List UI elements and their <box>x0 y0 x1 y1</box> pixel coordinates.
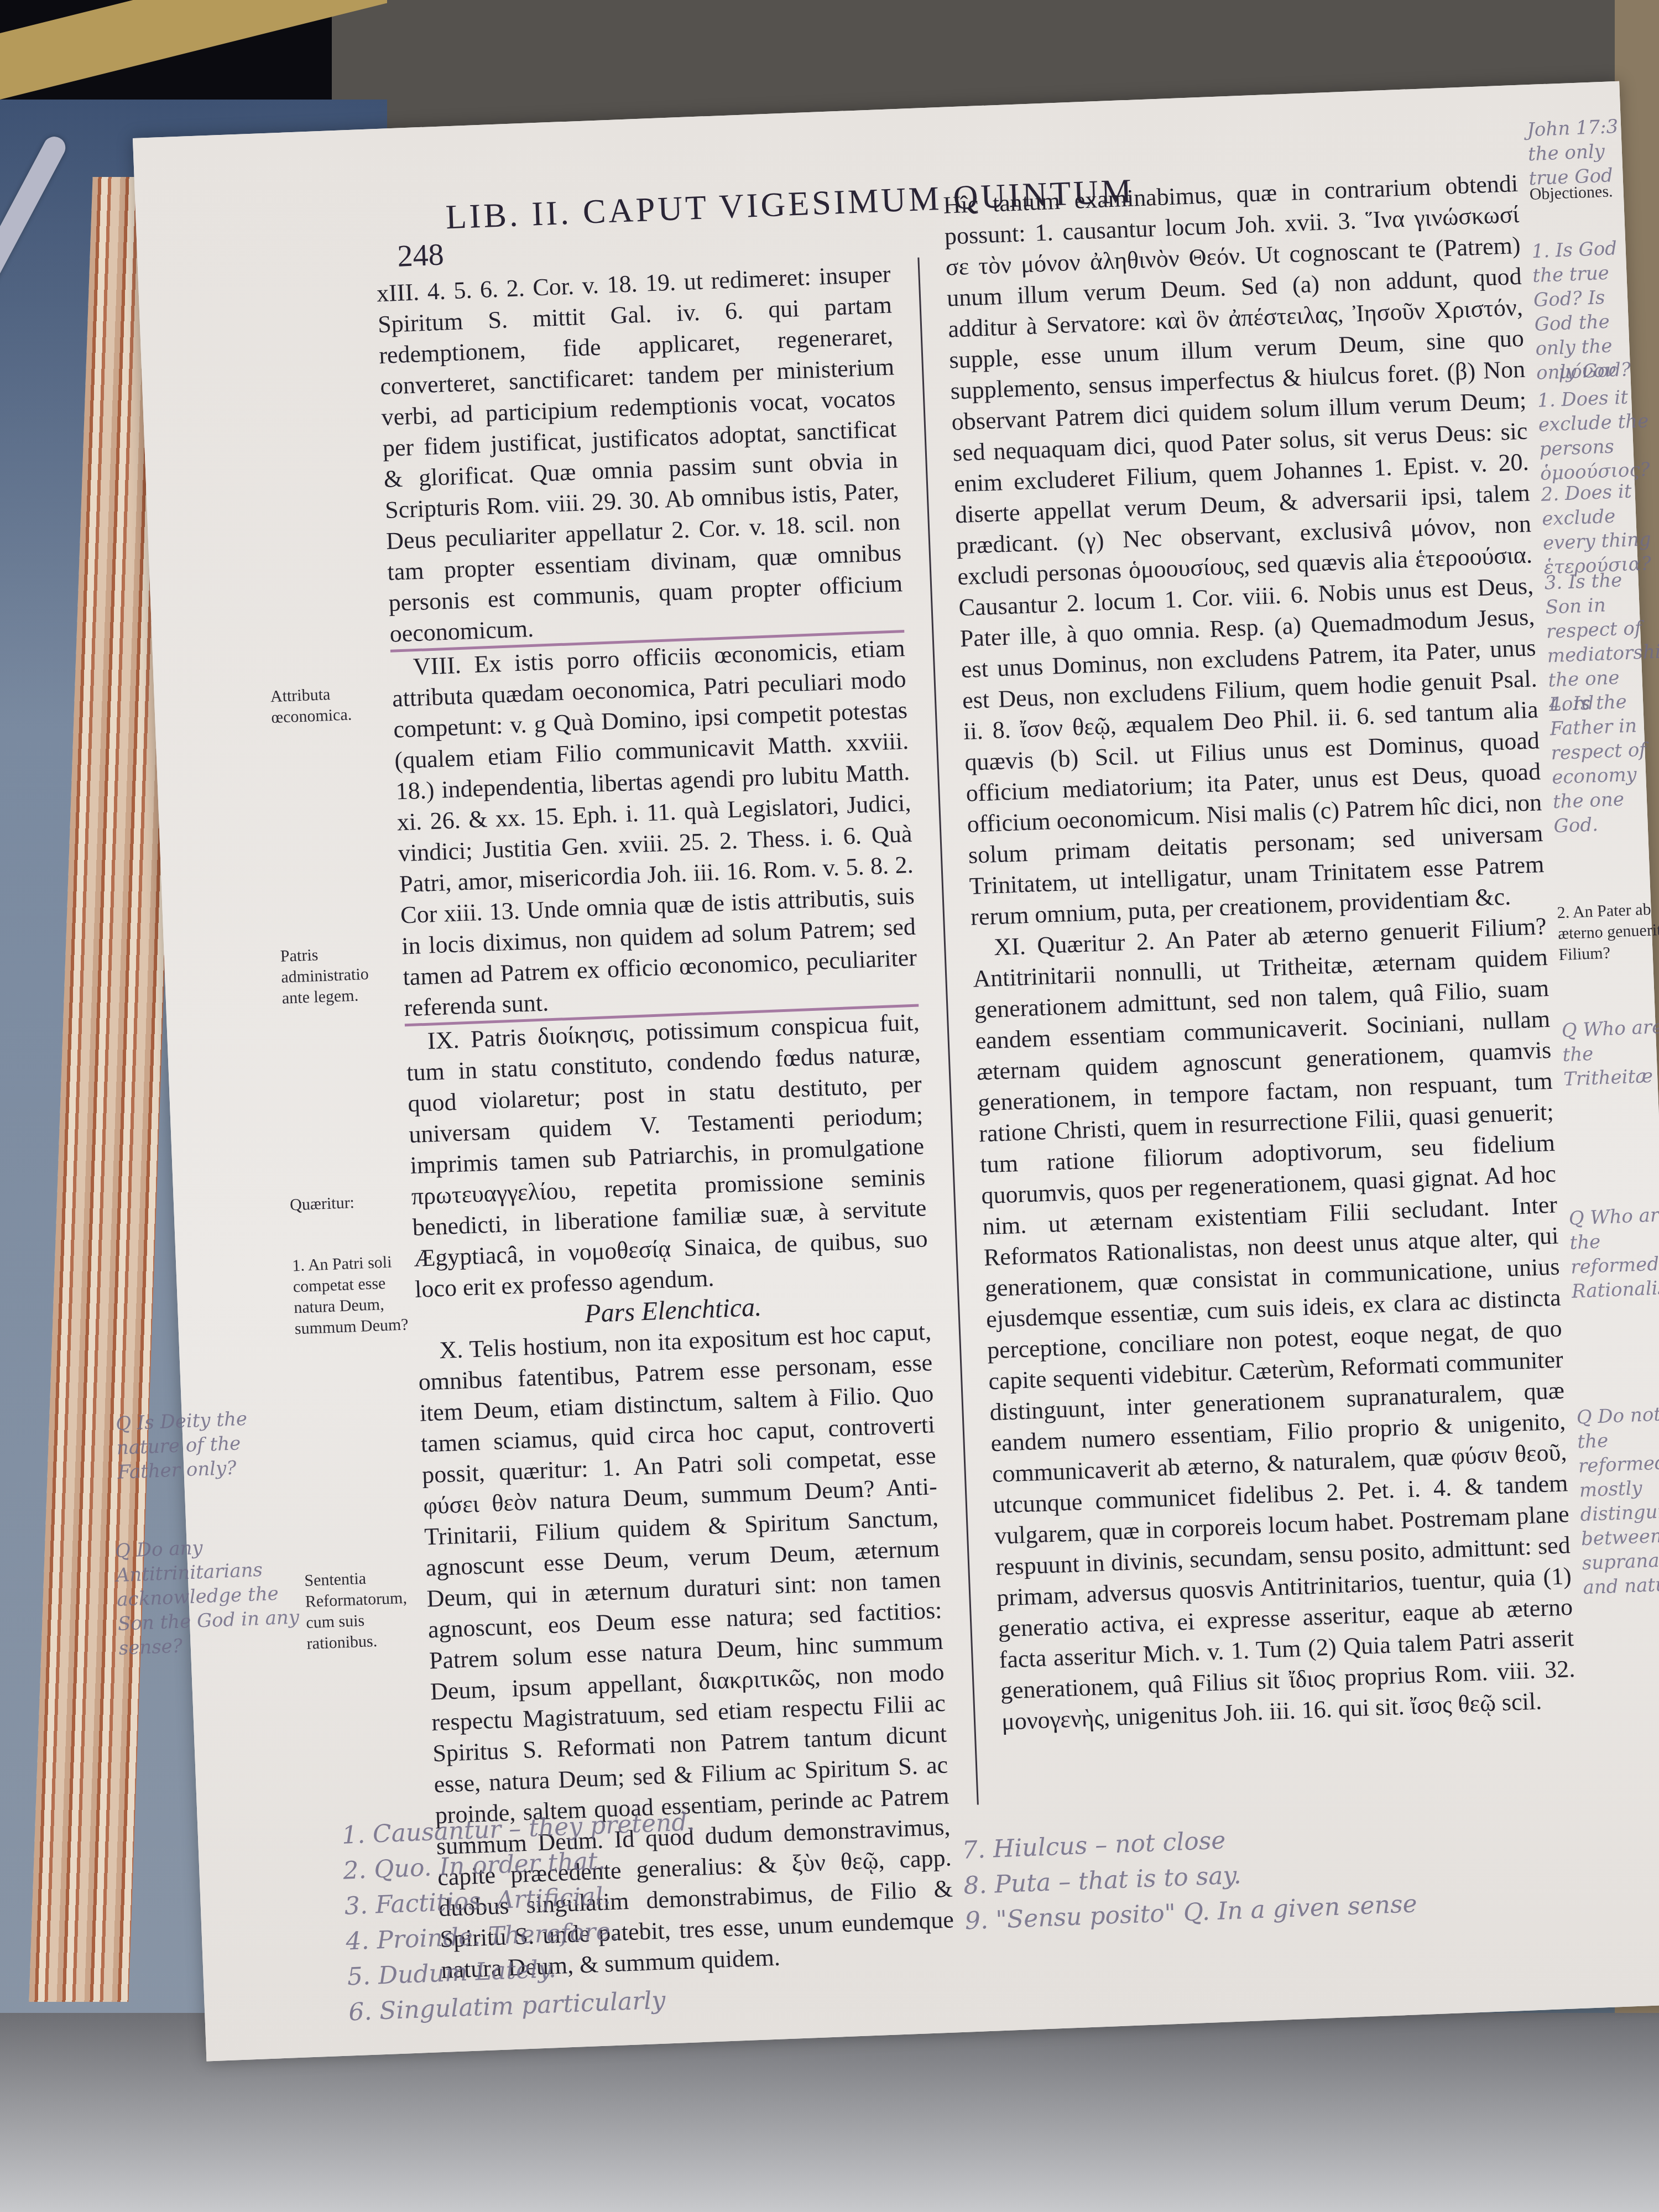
sidenote-quaeritur: Quæritur: <box>290 1190 406 1215</box>
sidenote-question-1: 1. An Patri soli competat esse natura De… <box>292 1251 411 1339</box>
paragraph-objections: Hîc tantum examinabimus, quæ in contrari… <box>943 168 1546 933</box>
handwritten-tritheitae-question: Q Who are the Tritheitæ <box>1561 1014 1659 1092</box>
handwritten-monon: μόνον <box>1558 357 1647 384</box>
paragraph-intro: xIII. 4. 5. 6. 2. Cor. v. 18. 19. ut red… <box>376 259 904 653</box>
left-column: xIII. 4. 5. 6. 2. Cor. v. 18. 19. ut red… <box>376 259 956 1986</box>
paragraph-xi: XI. Quæritur 2. An Pater ab æterno genue… <box>971 911 1577 1738</box>
handwritten-objection-5: 4. Is the Father in respect of economy t… <box>1548 688 1659 838</box>
handwritten-john-17-3: John 17:3 the only true God <box>1526 114 1640 191</box>
right-column: Hîc tantum examinabimus, quæ in contrari… <box>943 168 1577 1738</box>
sidenote-attributa: Attributa œconomica. <box>270 682 388 728</box>
handwritten-distinguish-question: Q Do not the reformed mostly distinguish… <box>1576 1401 1659 1600</box>
paragraph-ix: IX. Patris διοίκησις, potissimum conspic… <box>405 1007 930 1305</box>
handwritten-glossary-right: 7. Hiulcus – not close 8. Puta – that is… <box>962 1806 1659 1939</box>
handwritten-objection-2: 1. Does it exclude the persons ὁμοούσιος… <box>1537 384 1651 486</box>
paragraph-viii: VIII. Ex istis porro officiis œconomicis… <box>390 633 919 1026</box>
book-page: 248 LIB. II. CAPUT VIGESIMUM QUINTUM xII… <box>133 81 1659 2062</box>
handwritten-antitrinitarians-question: Q Do any Antitrinitarians acknowledge th… <box>114 1532 301 1661</box>
handwritten-objection-3: 2. Does it exclude every thing ἑτερούσια… <box>1541 478 1655 580</box>
sidenote-sententia: Sententia Reformatorum, cum suis rationi… <box>304 1566 424 1655</box>
sidenote-question-2: 2. An Pater ab æterno genuerit Filium? <box>1557 898 1659 966</box>
handwritten-glossary-left: 1. Causantur – they pretend. 2. Quo. In … <box>341 1795 957 2031</box>
handwritten-rationalists-question: Q Who are the reformed Rationalists? <box>1568 1202 1659 1304</box>
page-number: 248 <box>397 237 444 274</box>
sidenote-patris-administratio: Patris administratio ante legem. <box>280 942 398 1009</box>
handwritten-deity-question: Q Is Deity the nature of the Father only… <box>115 1405 295 1485</box>
